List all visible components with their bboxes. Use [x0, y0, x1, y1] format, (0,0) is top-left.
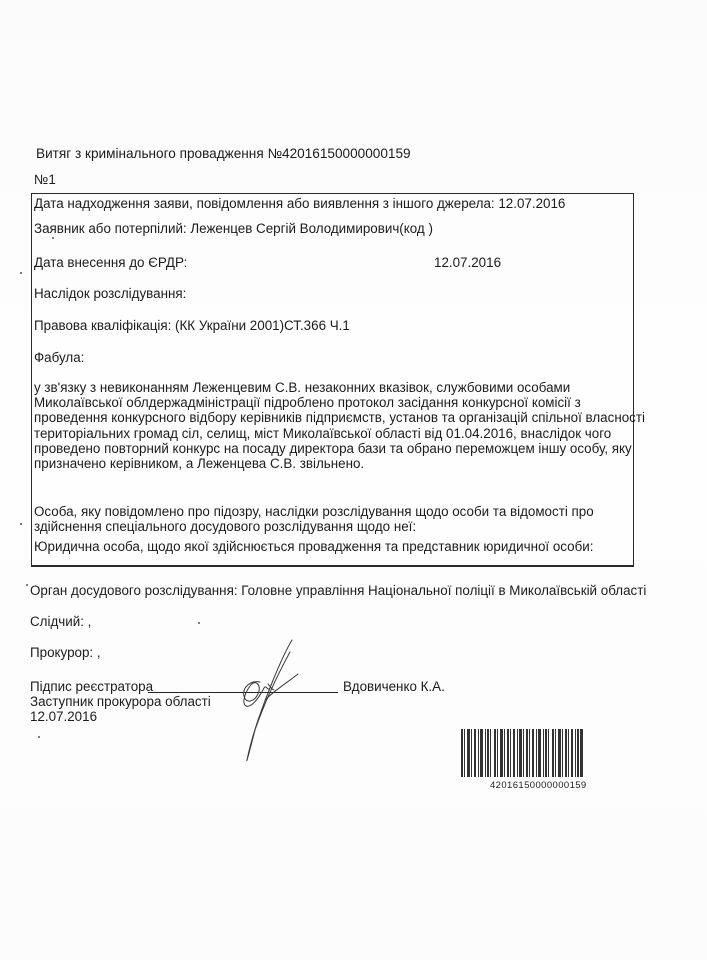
- barcode: [461, 729, 621, 777]
- document-page: Витяг з кримінального провадження №42016…: [0, 0, 707, 960]
- suspect-line: здійснення спеціального досудового розсл…: [34, 519, 594, 534]
- erdr-date: 12.07.2016: [434, 255, 501, 270]
- prosecutor-field: Прокурор: ,: [30, 645, 101, 660]
- fabula-line: територіальних громад сіл, селищ, міст М…: [34, 426, 634, 441]
- fabula-line: призначено керівником, а Леженцева С.В. …: [34, 456, 634, 471]
- document-title: Витяг з кримінального провадження №42016…: [36, 146, 411, 161]
- fabula-text: у зв'язку з невиконанням Леженцевим С.В.…: [34, 380, 634, 471]
- investigator-field: Слідчий: ,: [30, 614, 91, 629]
- signature-label: Підпис реєстратора: [30, 679, 153, 694]
- registrar-name: Вдовиченко К.А.: [343, 679, 445, 694]
- scan-speck: [20, 523, 22, 525]
- received-date-field: Дата надходження заяви, повідомлення або…: [34, 196, 565, 211]
- scan-speck: [20, 272, 22, 274]
- fabula-line: проведено повторний конкурс на посаду ди…: [34, 441, 634, 456]
- erdr-label: Дата внесення до ЄРДР:: [34, 255, 187, 270]
- fabula-line: проведення конкурсного відбору керівникі…: [34, 410, 634, 425]
- fabula-label: Фабула:: [34, 350, 84, 365]
- fabula-line: Миколаївської облдержадміністрації підро…: [34, 395, 634, 410]
- legal-entity-field: Юридична особа, щодо якої здійснюється п…: [34, 539, 593, 554]
- suspect-line: Особа, яку повідомлено про підозру, насл…: [34, 504, 594, 519]
- deputy-prosecutor-title: Заступник прокурора області: [30, 694, 211, 709]
- scan-speck: [198, 622, 200, 624]
- fabula-line: у зв'язку з невиконанням Леженцевим С.В.…: [34, 380, 634, 395]
- investigation-organ: Орган досудового розслідування: Головне …: [30, 583, 646, 598]
- handwritten-signature-icon: [220, 630, 320, 780]
- scan-speck: [26, 584, 28, 586]
- legal-qualification-field: Правова кваліфікація: (КК України 2001)С…: [34, 318, 350, 333]
- suspect-info-field: Особа, яку повідомлено про підозру, насл…: [34, 504, 594, 534]
- applicant-field: Заявник або потерпілий: Леженцев Сергій …: [34, 221, 433, 236]
- record-number-label: №1: [34, 172, 56, 187]
- investigation-result-field: Наслідок розслідування:: [34, 286, 186, 301]
- scan-speck: [52, 237, 54, 239]
- barcode-number: 42016150000000159: [490, 778, 587, 793]
- info-box: Дата надходження заяви, повідомлення або…: [31, 193, 634, 567]
- signature-date: 12.07.2016: [30, 709, 97, 724]
- scan-speck: [38, 736, 40, 738]
